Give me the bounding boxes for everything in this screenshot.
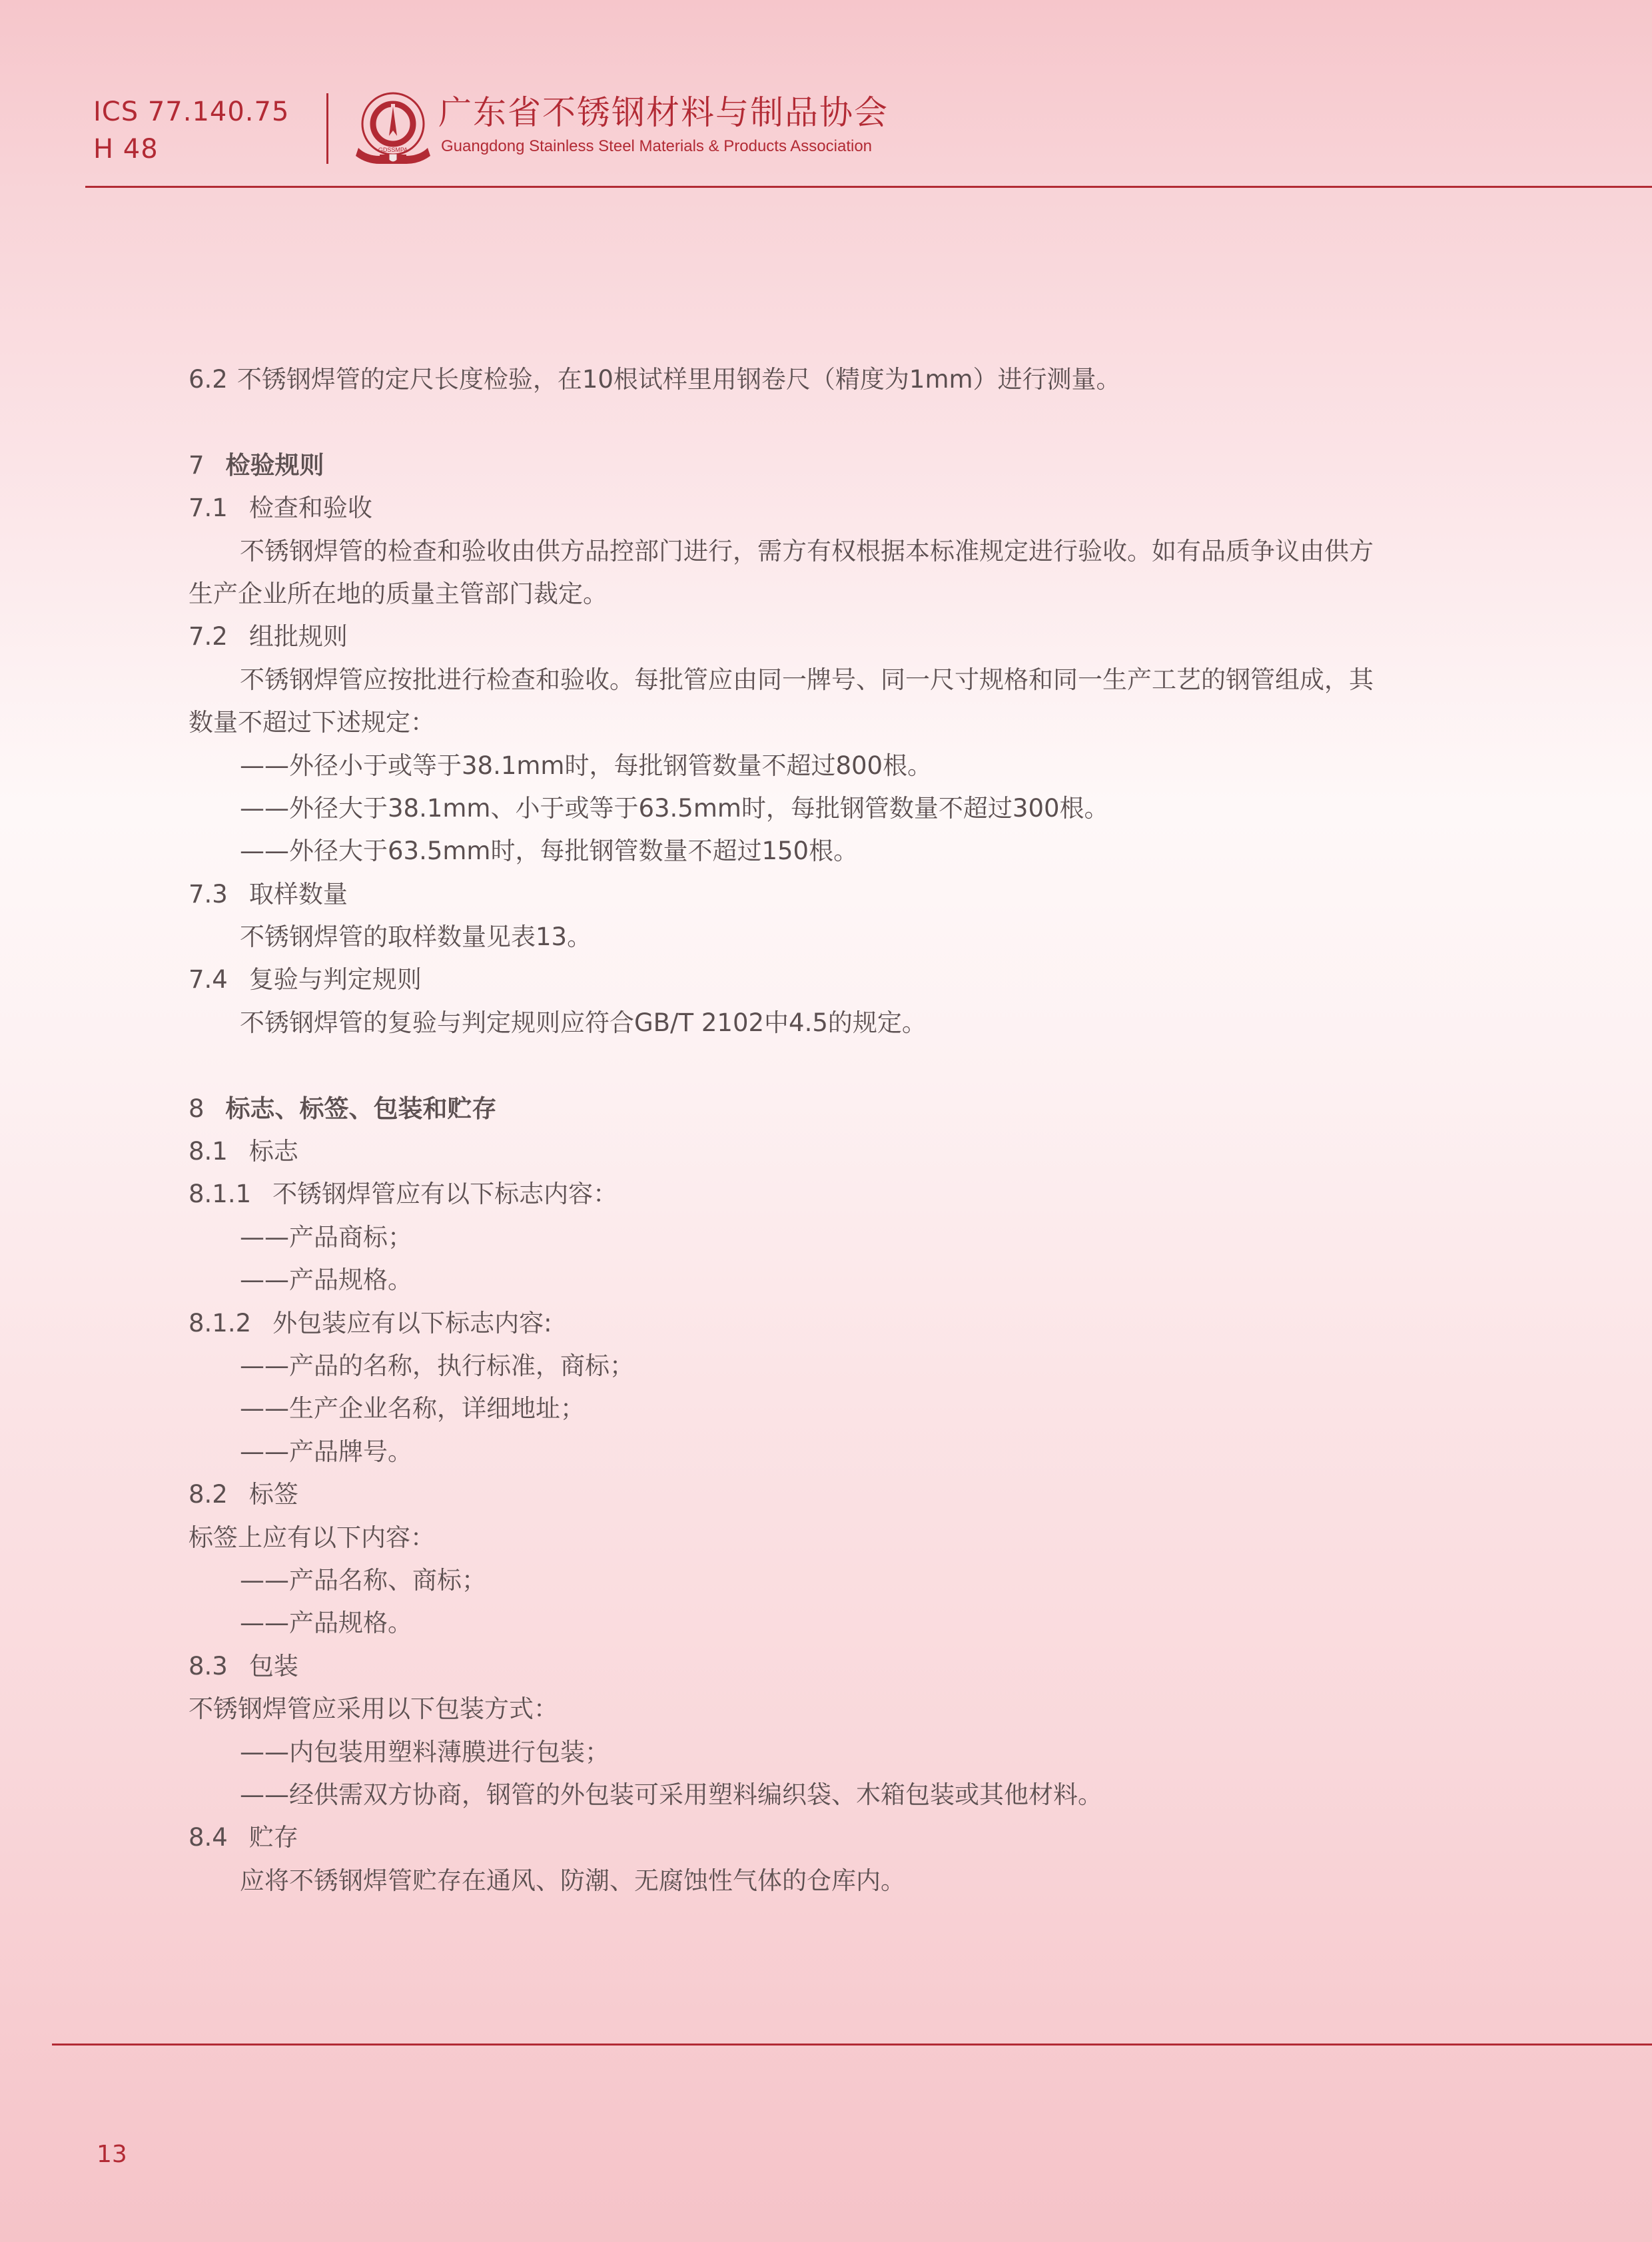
clause-number: 8.1.1: [189, 1173, 251, 1216]
list-item: ——产品规格。: [189, 1259, 1481, 1302]
clause-title: 贮存: [249, 1823, 298, 1852]
clause-number: 8.1.2: [189, 1302, 251, 1345]
organization-name-en: Guangdong Stainless Steel Materials & Pr…: [441, 136, 872, 157]
clause-number: 8.4: [189, 1816, 228, 1859]
list-item: ——外径大于63.5mm时，每批钢管数量不超过150根。: [189, 830, 1481, 873]
paragraph-line: 标签上应有以下内容：: [189, 1517, 1481, 1559]
clause-7-4-heading: 7.4复验与判定规则: [189, 958, 1481, 1001]
clause-text: 不锈钢焊管的定尺长度检验，在10根试样里用钢卷尺（精度为1mm）进行测量。: [237, 365, 1121, 394]
section-8-heading: 8标志、标签、包装和贮存: [189, 1088, 1481, 1130]
clause-number: 8.1: [189, 1130, 228, 1173]
clause-8-1-1-heading: 8.1.1不锈钢焊管应有以下标志内容：: [189, 1173, 1481, 1216]
list-item: ——内包装用塑料薄膜进行包装；: [189, 1731, 1481, 1774]
clause-title: 标签: [249, 1480, 298, 1509]
header-rule: [85, 186, 1652, 188]
clause-8-2-heading: 8.2标签: [189, 1473, 1481, 1516]
spacer: [189, 1044, 1481, 1087]
clause-number: 7.4: [189, 958, 228, 1001]
section-title: 标志、标签、包装和贮存: [226, 1094, 497, 1123]
section-number: 8: [189, 1088, 205, 1130]
clause-title: 不锈钢焊管应有以下标志内容：: [272, 1180, 618, 1208]
ics-code: ICS 77.140.75: [93, 93, 289, 131]
clause-number: 7.3: [189, 873, 228, 916]
clause-8-1-2-heading: 8.1.2外包装应有以下标志内容:: [189, 1302, 1481, 1345]
clause-number: 8.3: [189, 1645, 228, 1688]
document-body: 6.2不锈钢焊管的定尺长度检验，在10根试样里用钢卷尺（精度为1mm）进行测量。…: [189, 358, 1481, 1902]
clause-number: 6.2: [189, 358, 228, 401]
clause-title: 外包装应有以下标志内容:: [272, 1309, 552, 1337]
clause-number: 7.2: [189, 615, 228, 658]
organization-name-cn: 广东省不锈钢材料与制品协会: [438, 92, 889, 133]
paragraph-line: 不锈钢焊管应按批进行检查和验收。每批管应由同一牌号、同一尺寸规格和同一生产工艺的…: [189, 659, 1481, 701]
standard-class: H 48: [93, 131, 289, 168]
list-item: ——产品商标；: [189, 1216, 1481, 1259]
clause-7-2-heading: 7.2组批规则: [189, 615, 1481, 658]
list-item: ——外径大于38.1mm、小于或等于63.5mm时，每批钢管数量不超过300根。: [189, 787, 1481, 830]
paragraph-line: 不锈钢焊管的取样数量见表13。: [189, 916, 1481, 958]
clause-8-4-heading: 8.4贮存: [189, 1816, 1481, 1859]
header-vertical-divider: [326, 93, 328, 164]
paragraph-line: 应将不锈钢焊管贮存在通风、防潮、无腐蚀性气体的仓库内。: [189, 1860, 1481, 1902]
paragraph-line: 不锈钢焊管的检查和验收由供方品控部门进行，需方有权根据本标准规定进行验收。如有品…: [189, 530, 1481, 573]
section-7-heading: 7检验规则: [189, 444, 1481, 487]
logo-abbr: GDSSMPA: [378, 147, 408, 153]
footer-rule: [52, 2044, 1652, 2046]
paragraph-line: 数量不超过下述规定：: [189, 701, 1481, 744]
clause-7-3-heading: 7.3取样数量: [189, 873, 1481, 916]
list-item: ——产品的名称，执行标准，商标；: [189, 1345, 1481, 1387]
list-item: ——产品规格。: [189, 1602, 1481, 1645]
clause-title: 组批规则: [249, 622, 348, 651]
clause-title: 检查和验收: [249, 494, 372, 522]
list-item: ——产品牌号。: [189, 1431, 1481, 1473]
clause-8-3-heading: 8.3包装: [189, 1645, 1481, 1688]
association-logo-icon: GDSSMPA: [353, 89, 433, 167]
clause-8-1-heading: 8.1标志: [189, 1130, 1481, 1173]
list-item: ——生产企业名称，详细地址；: [189, 1387, 1481, 1430]
spacer: [189, 401, 1481, 444]
clause-title: 标志: [249, 1137, 298, 1166]
list-item: ——产品名称、商标；: [189, 1559, 1481, 1602]
clause-title: 复验与判定规则: [249, 965, 422, 994]
paragraph-line: 不锈钢焊管的复验与判定规则应符合GB/T 2102中4.5的规定。: [189, 1002, 1481, 1044]
page-number: 13: [97, 2140, 127, 2169]
clause-6-2: 6.2不锈钢焊管的定尺长度检验，在10根试样里用钢卷尺（精度为1mm）进行测量。: [189, 358, 1481, 401]
section-title: 检验规则: [226, 451, 324, 480]
list-item: ——外径小于或等于38.1mm时，每批钢管数量不超过800根。: [189, 745, 1481, 787]
section-number: 7: [189, 444, 205, 487]
standard-codes: ICS 77.140.75 H 48: [93, 93, 289, 168]
clause-title: 包装: [249, 1652, 298, 1681]
clause-number: 8.2: [189, 1473, 228, 1516]
clause-title: 取样数量: [249, 880, 348, 909]
clause-number: 7.1: [189, 487, 228, 530]
paragraph-line: 生产企业所在地的质量主管部门裁定。: [189, 573, 1481, 615]
paragraph-line: 不锈钢焊管应采用以下包装方式：: [189, 1688, 1481, 1730]
list-item: ——经供需双方协商，钢管的外包装可采用塑料编织袋、木箱包装或其他材料。: [189, 1774, 1481, 1816]
clause-7-1-heading: 7.1检查和验收: [189, 487, 1481, 530]
